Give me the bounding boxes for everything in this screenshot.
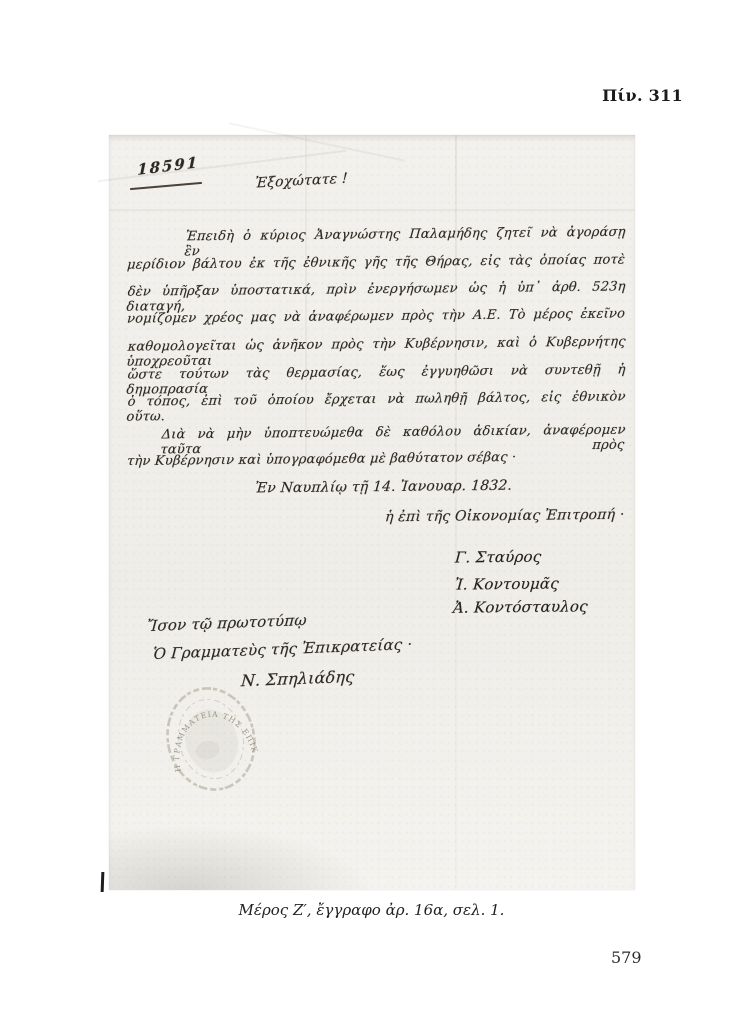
paper-crease xyxy=(109,209,635,211)
scan-shadow xyxy=(109,823,379,890)
signature: Γ. Σταύρος xyxy=(454,548,542,567)
stamp-graphic: Η ΓΡΑΜΜΑΤΕΙΑ ΤΗΣ ΕΠΙΚΡΑΤΕΙΑΣ xyxy=(149,673,273,806)
archive-number: 18591 xyxy=(137,153,199,179)
page-number: 579 xyxy=(611,948,642,967)
edge-mark xyxy=(101,872,105,892)
dateline: Ἐν Ναυπλίῳ τῇ 14. Ἰανουαρ. 1832. xyxy=(254,478,512,497)
salutation: Ἐξοχώτατε ! xyxy=(255,171,348,192)
certification-line: Ὁ Γραμματεὺς τῆς Ἐπικρατείας · xyxy=(152,635,412,663)
letter-scan: 18591 Ἐξοχώτατε ! Ἐπειδὴ ὁ κύριος Ἀναγνώ… xyxy=(109,135,635,890)
plate-label: Πίν. 311 xyxy=(602,86,683,105)
archive-number-underline xyxy=(130,182,202,190)
certification-line: Ἴσον τῷ πρωτοτύπῳ xyxy=(146,611,307,635)
paper-crease xyxy=(229,122,405,161)
body-line: ὁ τόπος, ἐπὶ τοῦ ὁποίου ἔρχεται νὰ πωληθ… xyxy=(126,389,626,424)
caption: Μέρος Ζ′, ἔγγραφο ἀρ. 16α, σελ. 1. xyxy=(0,901,743,919)
body-line: τὴν Κυβέρνησιν καὶ ὑπογραφόμεθα μὲ βαθύτ… xyxy=(126,450,516,469)
ink-stamp: Η ΓΡΑΜΜΑΤΕΙΑ ΤΗΣ ΕΠΙΚΡΑΤΕΙΑΣ xyxy=(149,673,273,806)
committee-line: ἡ ἐπὶ τῆς Οἰκονομίας Ἐπιτροπή · xyxy=(384,507,625,526)
signature: Ἀ. Κοντόσταυλος xyxy=(452,597,588,616)
certification-signature: Ν. Σπηλιάδης xyxy=(240,667,355,690)
signature: Ἰ. Κοντουμᾶς xyxy=(454,574,559,593)
